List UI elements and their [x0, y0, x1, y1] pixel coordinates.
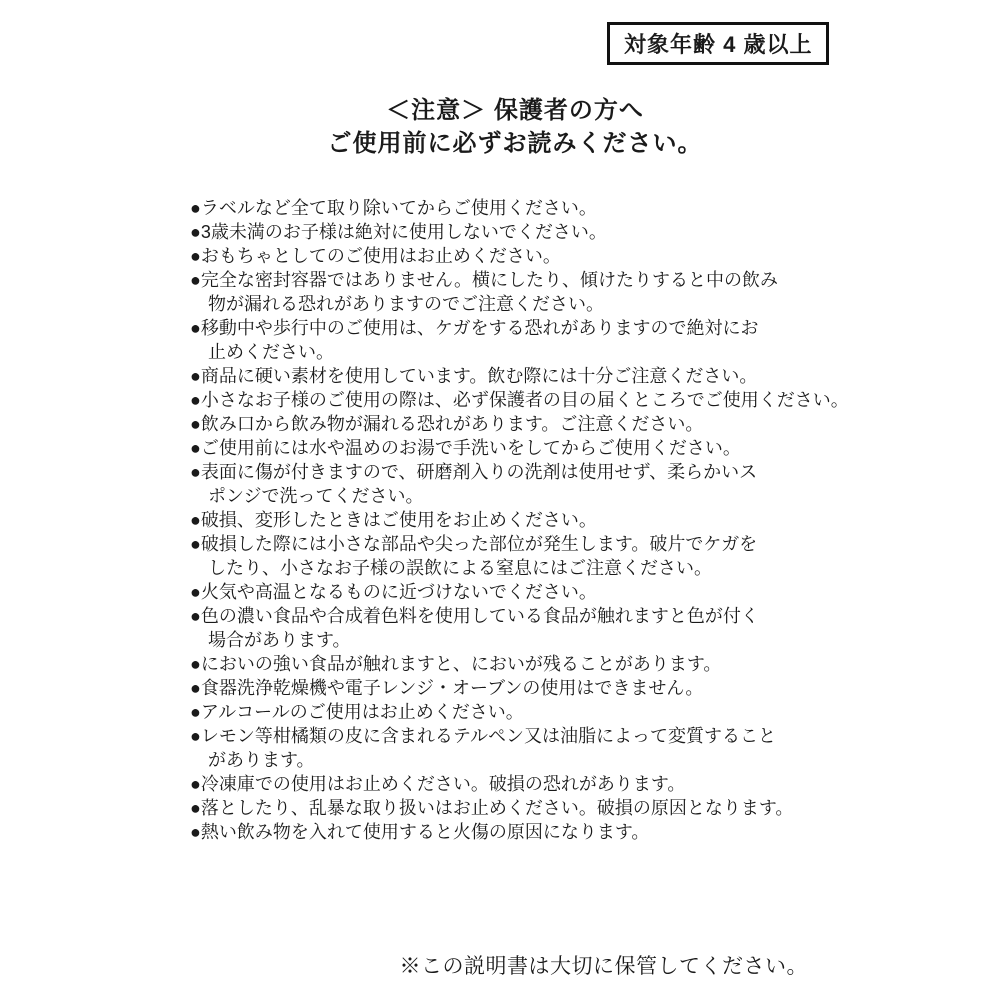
warning-item: ●においの強い食品が触れますと、においが残ることがあります。 — [190, 652, 870, 676]
warning-text: 破損、変形したときはご使用をお止めください。 — [201, 510, 597, 530]
warning-text: 飲み口から飲み物が漏れる恐れがあります。ご注意ください。 — [201, 414, 704, 434]
warning-text: 3歳未満のお子様は絶対に使用しないでください。 — [201, 222, 607, 242]
age-restriction-text: 対象年齢 4 歳以上 — [624, 32, 812, 57]
bullet-icon: ● — [190, 198, 201, 218]
warning-text: 冷凍庫での使用はお止めください。破損の恐れがあります。 — [201, 774, 686, 794]
warning-item: ●移動中や歩行中のご使用は、ケガをする恐れがありますので絶対にお 止めください。 — [190, 316, 870, 364]
bullet-icon: ● — [190, 534, 201, 554]
warning-item: ●おもちゃとしてのご使用はお止めください。 — [190, 244, 870, 268]
title-line-read-before-use: ご使用前に必ずお読みください。 — [30, 127, 1000, 160]
bullet-icon: ● — [190, 606, 201, 626]
warning-item: ●商品に硬い素材を使用しています。飲む際には十分ご注意ください。 — [190, 364, 870, 388]
warning-item: ●表面に傷が付きますので、研磨剤入りの洗剤は使用せず、柔らかいス ポンジで洗って… — [190, 460, 870, 508]
warning-item: ●アルコールのご使用はお止めください。 — [190, 700, 870, 724]
age-restriction-badge: 対象年齢 4 歳以上 — [607, 22, 829, 65]
warning-item: ●火気や高温となるものに近づけないでください。 — [190, 580, 870, 604]
warning-text: 小さなお子様のご使用の際は、必ず保護者の目の届くところでご使用ください。 — [201, 390, 849, 410]
warning-text: ラベルなど全て取り除いてからご使用ください。 — [201, 198, 597, 218]
warning-text: 破損した際には小さな部品や尖った部位が発生します。破片でケガを したり、小さなお… — [201, 534, 757, 578]
bullet-icon: ● — [190, 702, 201, 722]
warning-text: 色の濃い食品や合成着色料を使用している食品が触れますと色が付く 場合があります。 — [201, 606, 759, 650]
bullet-icon: ● — [190, 390, 201, 410]
title-line-caution: ＜注意＞ 保護者の方へ — [30, 94, 1000, 127]
bullet-icon: ● — [190, 318, 201, 338]
warning-item: ●完全な密封容器ではありません。横にしたり、傾けたりすると中の飲み 物が漏れる恐… — [190, 268, 870, 316]
warning-text: ご使用前には水や温めのお湯で手洗いをしてからご使用ください。 — [201, 438, 741, 458]
bullet-icon: ● — [190, 822, 201, 842]
bullet-icon: ● — [190, 222, 201, 242]
keep-manual-note: ※この説明書は大切に保管してください。 — [400, 950, 809, 980]
bullet-icon: ● — [190, 438, 201, 458]
warning-item: ●落としたり、乱暴な取り扱いはお止めください。破損の原因となります。 — [190, 796, 870, 820]
warning-text: 表面に傷が付きますので、研磨剤入りの洗剤は使用せず、柔らかいス ポンジで洗ってく… — [201, 462, 757, 506]
warning-text: 商品に硬い素材を使用しています。飲む際には十分ご注意ください。 — [201, 366, 758, 386]
bullet-icon: ● — [190, 462, 201, 482]
warning-text: 火気や高温となるものに近づけないでください。 — [201, 582, 597, 602]
bullet-icon: ● — [190, 270, 201, 290]
warning-item: ●ご使用前には水や温めのお湯で手洗いをしてからご使用ください。 — [190, 436, 870, 460]
bullet-icon: ● — [190, 582, 201, 602]
warning-item: ●色の濃い食品や合成着色料を使用している食品が触れますと色が付く 場合があります… — [190, 604, 870, 652]
bullet-icon: ● — [190, 366, 201, 386]
bullet-icon: ● — [190, 798, 201, 818]
instruction-sheet: 対象年齢 4 歳以上 ＜注意＞ 保護者の方へ ご使用前に必ずお読みください。 ●… — [0, 0, 1000, 1000]
bullet-icon: ● — [190, 246, 201, 266]
warning-item: ●破損した際には小さな部品や尖った部位が発生します。破片でケガを したり、小さな… — [190, 532, 870, 580]
page-title: ＜注意＞ 保護者の方へ ご使用前に必ずお読みください。 — [30, 94, 1000, 160]
warning-list: ●ラベルなど全て取り除いてからご使用ください。 ●3歳未満のお子様は絶対に使用し… — [190, 196, 870, 844]
warning-item: ●レモン等柑橘類の皮に含まれるテルペン又は油脂によって変質すること があります。 — [190, 724, 870, 772]
warning-text: 完全な密封容器ではありません。横にしたり、傾けたりすると中の飲み 物が漏れる恐れ… — [201, 270, 778, 314]
warning-item: ●熱い飲み物を入れて使用すると火傷の原因になります。 — [190, 820, 870, 844]
warning-text: においの強い食品が触れますと、においが残ることがあります。 — [201, 654, 722, 674]
bullet-icon: ● — [190, 774, 201, 794]
warning-item: ●3歳未満のお子様は絶対に使用しないでください。 — [190, 220, 870, 244]
warning-item: ●冷凍庫での使用はお止めください。破損の恐れがあります。 — [190, 772, 870, 796]
warning-text: 落としたり、乱暴な取り扱いはお止めください。破損の原因となります。 — [201, 798, 794, 818]
bullet-icon: ● — [190, 414, 201, 434]
warning-text: レモン等柑橘類の皮に含まれるテルペン又は油脂によって変質すること があります。 — [201, 726, 776, 770]
bullet-icon: ● — [190, 726, 201, 746]
warning-text: おもちゃとしてのご使用はお止めください。 — [201, 246, 561, 266]
warning-text: 熱い飲み物を入れて使用すると火傷の原因になります。 — [201, 822, 650, 842]
warning-text: アルコールのご使用はお止めください。 — [201, 702, 524, 722]
bullet-icon: ● — [190, 654, 201, 674]
warning-item: ●飲み口から飲み物が漏れる恐れがあります。ご注意ください。 — [190, 412, 870, 436]
warning-item: ●破損、変形したときはご使用をお止めください。 — [190, 508, 870, 532]
bullet-icon: ● — [190, 678, 201, 698]
warning-text: 移動中や歩行中のご使用は、ケガをする恐れがありますので絶対にお 止めください。 — [201, 318, 759, 362]
warning-item: ●食器洗浄乾燥機や電子レンジ・オーブンの使用はできません。 — [190, 676, 870, 700]
warning-item: ●ラベルなど全て取り除いてからご使用ください。 — [190, 196, 870, 220]
bullet-icon: ● — [190, 510, 201, 530]
warning-text: 食器洗浄乾燥機や電子レンジ・オーブンの使用はできません。 — [201, 678, 704, 698]
warning-item: ●小さなお子様のご使用の際は、必ず保護者の目の届くところでご使用ください。 — [190, 388, 870, 412]
